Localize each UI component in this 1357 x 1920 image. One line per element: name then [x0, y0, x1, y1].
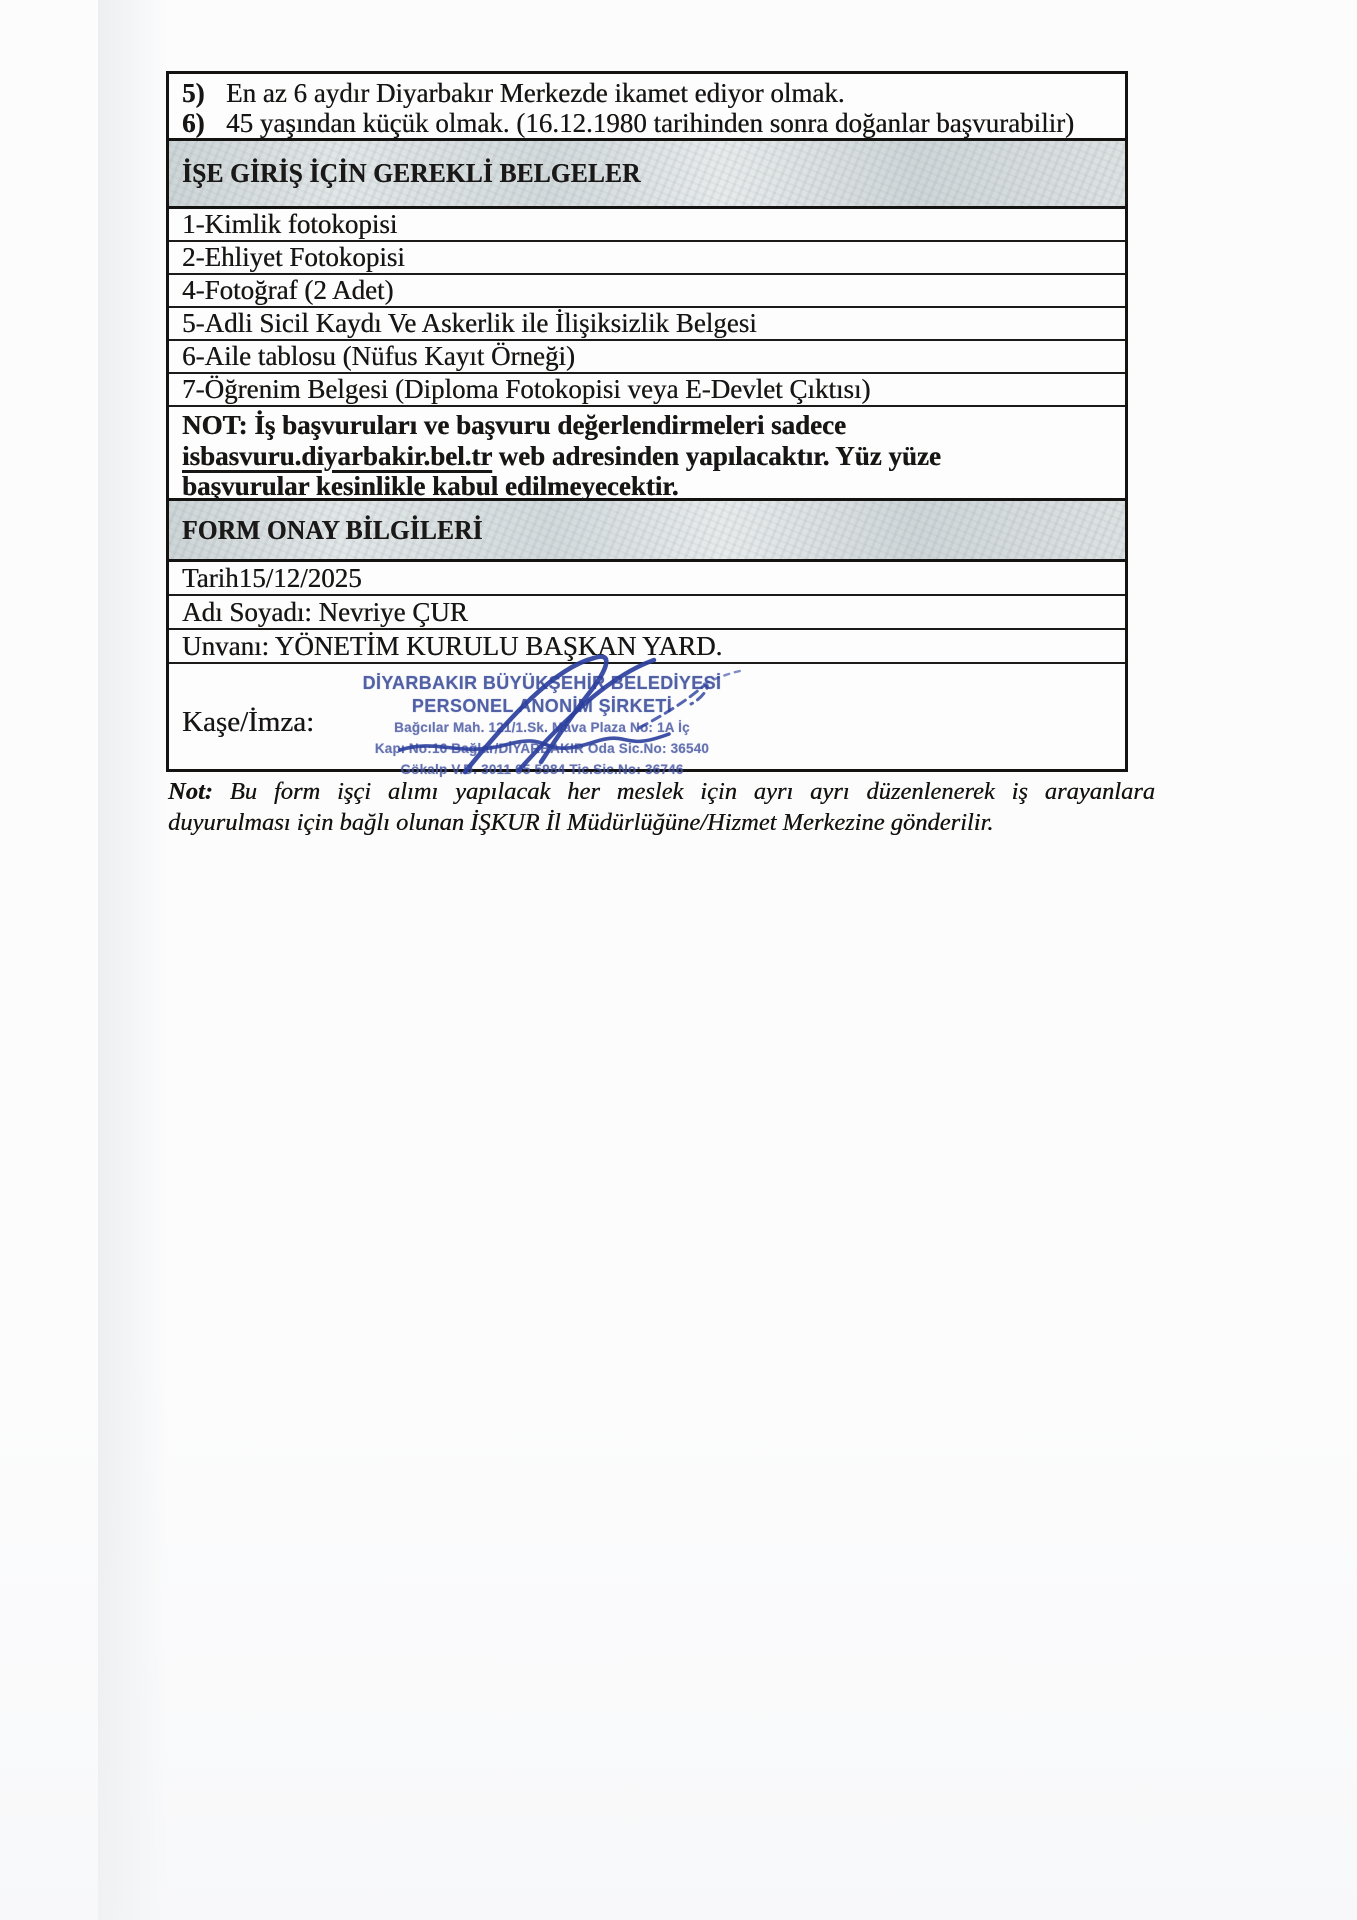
section-header-text: FORM ONAY BİLGİLERİ: [182, 515, 483, 546]
footnote: Not: Bu form işçi alımı yapılacak her me…: [168, 776, 1155, 838]
stamp-signature-row: Kaşe/İmza: DİYARBAKIR BÜYÜKŞEHİR BELEDİY…: [169, 664, 1125, 769]
section-header-form-approval: FORM ONAY BİLGİLERİ: [169, 501, 1125, 562]
scan-edge-shading: [98, 0, 168, 1920]
required-doc-item-4: 4-Fotoğraf (2 Adet): [169, 275, 1125, 308]
signature-icon: [369, 650, 849, 782]
note-line-1: NOT: İş başvuruları ve başvuru değerlend…: [182, 410, 1117, 441]
footnote-label: Not:: [168, 778, 213, 805]
note-line-3: başvurular kesinlikle kabul edilmeyecekt…: [182, 471, 1117, 502]
section-header-required-documents: İŞE GİRİŞ İÇİN GEREKLİ BELGELER: [169, 141, 1125, 209]
required-doc-item-5: 5-Adli Sicil Kaydı Ve Askerlik ile İlişi…: [169, 308, 1125, 341]
approval-name-row: Adı Soyadı: Nevriye ÇUR: [169, 596, 1125, 630]
note-line-2: isbasvuru.diyarbakir.bel.tr web adresind…: [182, 441, 1117, 472]
condition-number: 5): [182, 78, 226, 108]
note-line-2-rest: web adresinden yapılacaktır. Yüz yüze: [492, 441, 941, 471]
eligibility-conditions: 5) En az 6 aydır Diyarbakır Merkezde ika…: [169, 74, 1125, 141]
condition-6: 6) 45 yaşından küçük olmak. (16.12.1980 …: [182, 108, 1117, 138]
condition-text: En az 6 aydır Diyarbakır Merkezde ikamet…: [226, 78, 845, 108]
condition-number: 6): [182, 108, 226, 138]
scanned-document-page: 5) En az 6 aydır Diyarbakır Merkezde ika…: [0, 0, 1357, 1920]
job-application-form-table: 5) En az 6 aydır Diyarbakır Merkezde ika…: [166, 71, 1128, 772]
condition-5: 5) En az 6 aydır Diyarbakır Merkezde ika…: [182, 78, 1117, 108]
required-doc-item-6: 6-Aile tablosu (Nüfus Kayıt Örneği): [169, 341, 1125, 374]
date-label: Tarih: [182, 563, 239, 593]
required-doc-item-7: 7-Öğrenim Belgesi (Diploma Fotokopisi ve…: [169, 374, 1125, 407]
application-note-block: NOT: İş başvuruları ve başvuru değerlend…: [169, 407, 1125, 501]
approval-date-row: Tarih15/12/2025: [169, 562, 1125, 596]
section-header-text: İŞE GİRİŞ İÇİN GEREKLİ BELGELER: [182, 158, 641, 189]
footnote-text-1: Bu form işçi alımı yapılacak her meslek …: [230, 778, 1155, 805]
condition-text: 45 yaşından küçük olmak. (16.12.1980 tar…: [226, 108, 1074, 138]
required-doc-item-2: 2-Ehliyet Fotokopisi: [169, 242, 1125, 275]
stamp-label: Kaşe/İmza:: [182, 706, 314, 739]
scan-bottom-shading: [0, 1360, 1357, 1920]
application-url: isbasvuru.diyarbakir.bel.tr: [182, 441, 492, 471]
date-value: 15/12/2025: [239, 563, 362, 593]
footnote-line-1: Not: Bu form işçi alımı yapılacak her me…: [168, 776, 1155, 807]
required-doc-item-1: 1-Kimlik fotokopisi: [169, 209, 1125, 242]
